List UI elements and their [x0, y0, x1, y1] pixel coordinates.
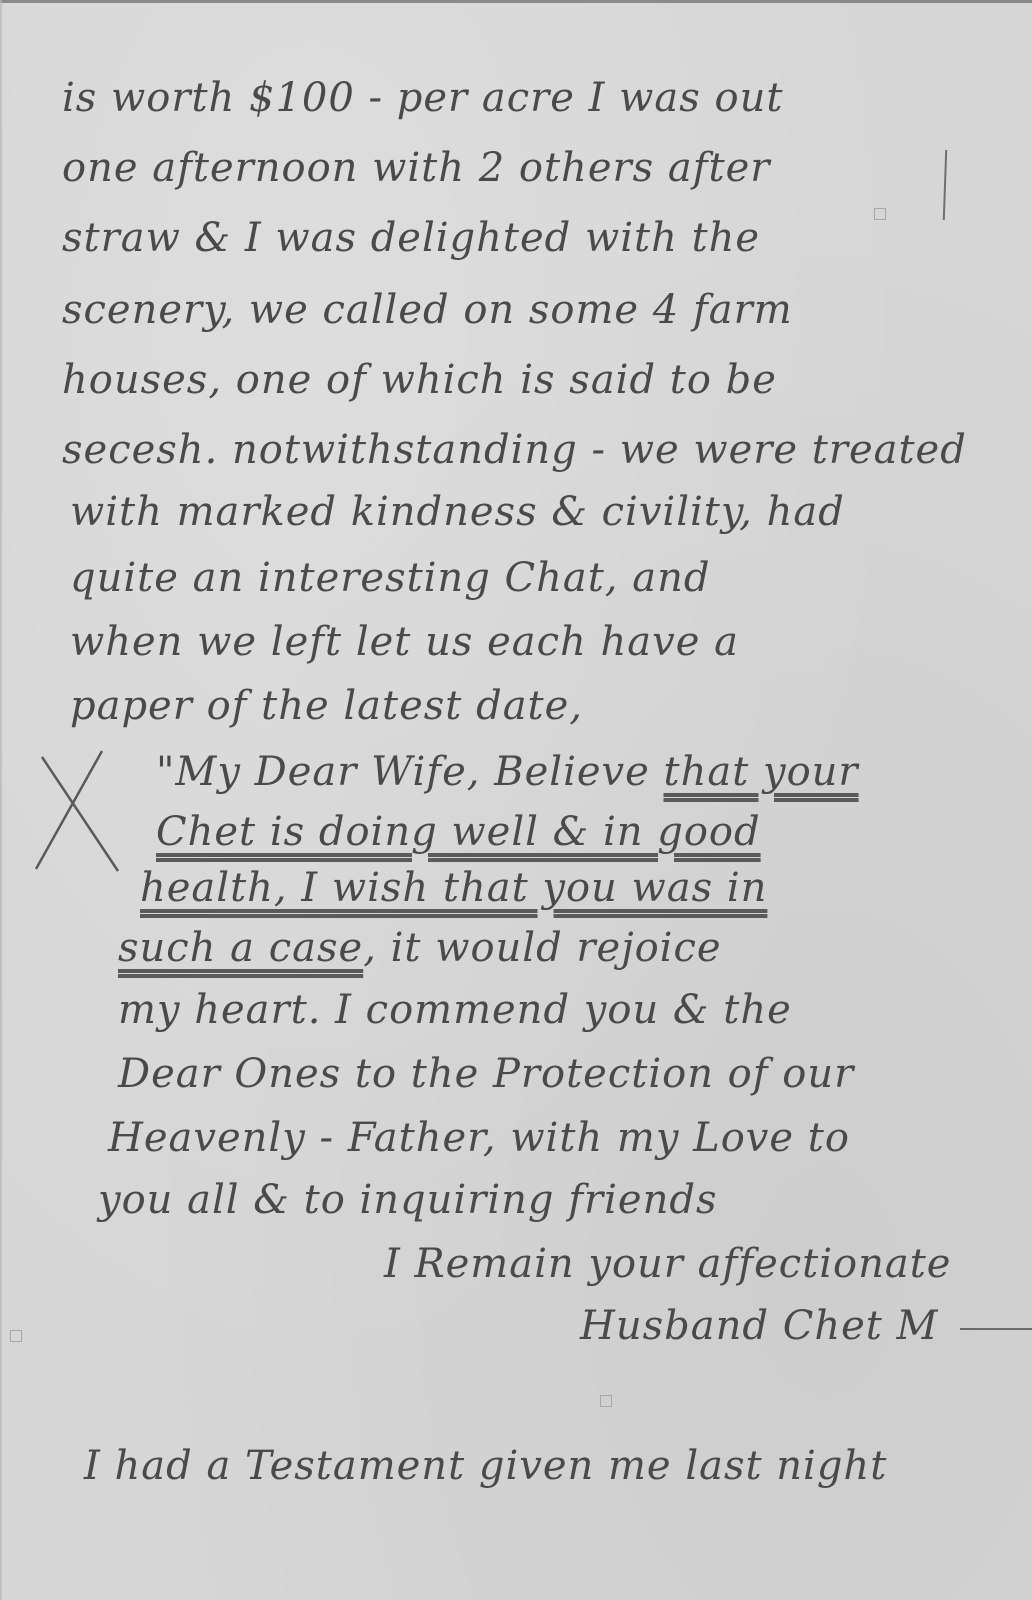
quote-line-6: Dear Ones to the Protection of our: [118, 1054, 854, 1094]
quote-line-1: "My Dear Wife, Believe that your: [156, 752, 859, 792]
page-top-edge: [0, 0, 1032, 3]
page-left-edge: [0, 0, 3, 1600]
letter-line-8: quite an interesting Chat, and: [70, 558, 710, 598]
signature: Husband Chet M: [580, 1306, 939, 1346]
letter-line-2: one afternoon with 2 others after: [62, 148, 770, 188]
archive-marker-icon: [874, 208, 886, 220]
quote-line-3-underlined: health, I wish that you was in: [140, 865, 767, 911]
letter-line-6: secesh. notwithstanding - we were treate…: [62, 430, 967, 470]
closing-line: I Remain your affectionate: [384, 1244, 951, 1284]
margin-pen-stroke: [943, 150, 947, 220]
letter-line-1: is worth $100 - per acre I was out: [62, 78, 783, 118]
letter-page: is worth $100 - per acre I was out one a…: [0, 0, 1032, 1600]
archive-marker-icon: [10, 1330, 22, 1342]
margin-x-mark: [32, 745, 122, 875]
quote-line-2: Chet is doing well & in good: [156, 812, 761, 852]
quote-line-3: health, I wish that you was in: [140, 868, 767, 908]
quote-line-8: you all & to inquiring friends: [98, 1180, 718, 1220]
letter-line-7: with marked kindness & civility, had: [70, 492, 845, 532]
quote-line-4: such a case, it would rejoice: [118, 928, 722, 968]
quote-line-2-underlined: Chet is doing well & in good: [156, 809, 761, 855]
quote-line-7: Heavenly - Father, with my Love to: [108, 1118, 850, 1158]
quote-line-1-underlined: that your: [664, 749, 859, 795]
quote-line-5: my heart. I commend you & the: [118, 990, 792, 1030]
signature-underline: [960, 1328, 1032, 1330]
quote-line-4-underlined: such a case: [118, 925, 363, 971]
postscript-line: I had a Testament given me last night: [84, 1446, 887, 1486]
letter-line-4: scenery, we called on some 4 farm: [62, 290, 793, 330]
letter-line-10: paper of the latest date,: [70, 686, 583, 726]
archive-marker-icon: [600, 1395, 612, 1407]
quote-line-4-plain: , it would rejoice: [363, 925, 721, 971]
letter-line-9: when we left let us each have a: [70, 622, 739, 662]
quote-line-1-plain: "My Dear Wife, Believe: [156, 749, 664, 795]
letter-line-5: houses, one of which is said to be: [62, 360, 777, 400]
letter-line-3: straw & I was delighted with the: [62, 218, 760, 258]
